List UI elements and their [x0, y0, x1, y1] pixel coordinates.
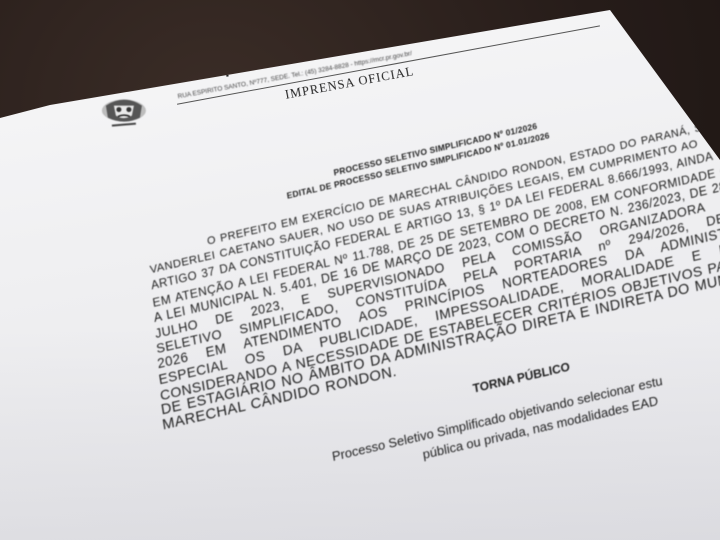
section-heading: TORNA PÚBLICO [472, 360, 571, 396]
coat-of-arms-icon [98, 96, 150, 132]
